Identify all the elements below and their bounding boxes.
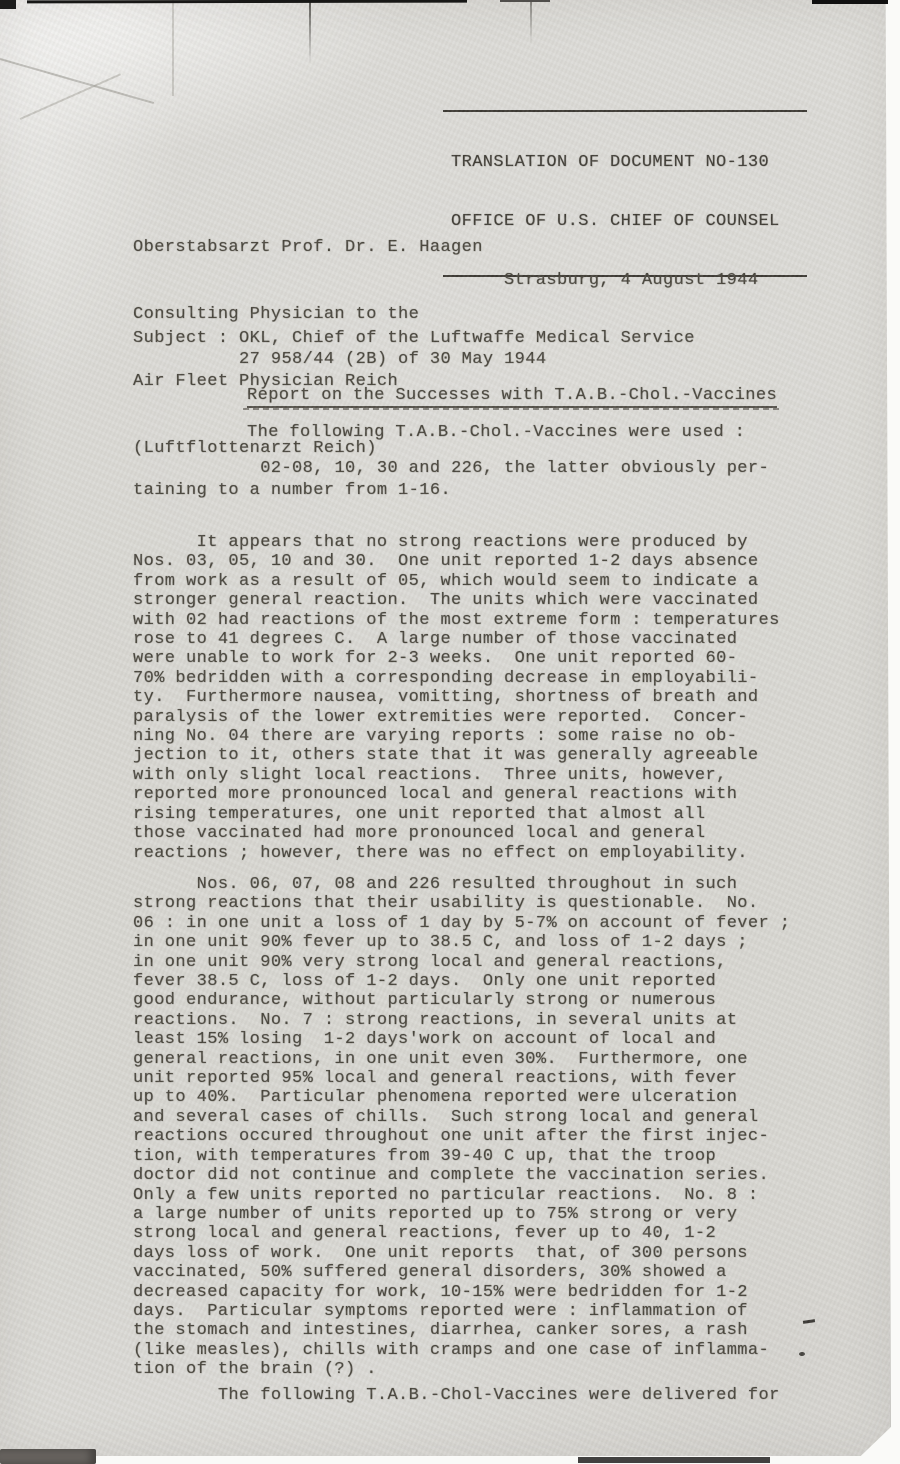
paper-sheet: TRANSLATION OF DOCUMENT NO-130 OFFICE OF… <box>0 0 891 1456</box>
scan-artifact-bottom-edge-line <box>578 1457 770 1463</box>
stamp-line-2: OFFICE OF U.S. CHIEF OF COUNSEL <box>451 212 807 232</box>
scan-artifact-fleck <box>803 1319 815 1324</box>
scan-artifact-crease <box>20 73 121 119</box>
subject-block: Subject : OKL, Chief of the Luftwaffe Me… <box>133 329 695 370</box>
scan-artifact-bottom-left-smudge <box>0 1449 96 1464</box>
scan-artifact-top-edge-line <box>500 0 550 2</box>
scan-artifact-top-right-line <box>812 0 888 4</box>
vaccines-used-intro: The following T.A.B.-Chol.-Vaccines were… <box>247 423 745 442</box>
paragraph-strong-reactions: Nos. 06, 07, 08 and 226 resulted through… <box>133 875 790 1380</box>
scan-artifact-crack <box>309 2 311 64</box>
dateline: Strasburg, 4 August 1944 <box>504 271 758 290</box>
stamp-line-1: TRANSLATION OF DOCUMENT NO-130 <box>451 153 807 173</box>
vaccines-used-numbers: 02-08, 10, 30 and 226, the latter obviou… <box>133 458 769 501</box>
scan-artifact-crack <box>530 2 532 44</box>
scan-artifact-top-left-corner <box>0 0 16 9</box>
paragraph-mild-reactions: It appears that no strong reactions were… <box>133 533 780 863</box>
sender-name: Oberstabsarzt Prof. Dr. E. Haagen <box>133 237 483 259</box>
scan-artifact-crease <box>0 58 154 104</box>
document-scan: { "doc": { "stamp": { "line1": "TRANSLAT… <box>0 0 900 1464</box>
sender-role-1: Consulting Physician to the <box>133 304 483 326</box>
scan-artifact-crease <box>172 0 174 96</box>
translation-stamp: TRANSLATION OF DOCUMENT NO-130 OFFICE OF… <box>443 110 807 277</box>
scan-artifact-fleck <box>799 1352 805 1356</box>
closing-line: The following T.A.B.-Chol-Vaccines were … <box>133 1386 780 1405</box>
report-title: Report on the Successes with T.A.B.-Chol… <box>247 386 777 408</box>
